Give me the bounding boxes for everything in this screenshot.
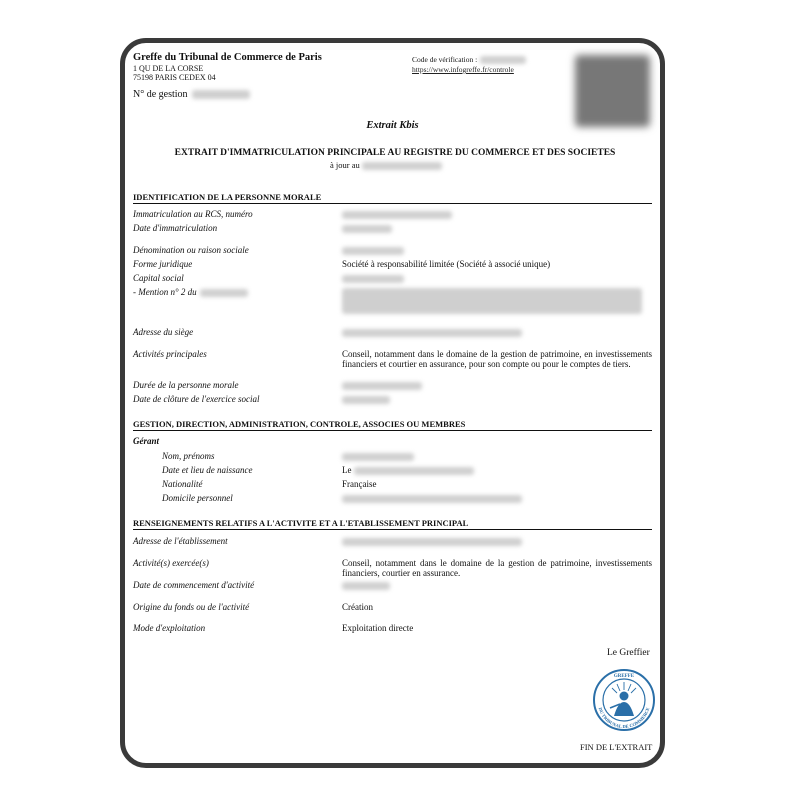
verification-code: Code de vérification : [412, 55, 526, 64]
label-date-lieu-naissance: Date et lieu de naissance [162, 465, 252, 475]
greffier-signature: Le Greffier [607, 648, 650, 658]
redacted-value [342, 275, 404, 283]
section-identification-heading: IDENTIFICATION DE LA PERSONNE MORALE [133, 192, 652, 204]
value-activites-exercees: Conseil, notamment dans le domaine de la… [342, 558, 652, 578]
greffe-address-line2: 75198 PARIS CEDEX 04 [133, 73, 216, 82]
redacted-value [342, 225, 392, 233]
verification-link[interactable]: https://www.infogreffe.fr/controle [412, 65, 514, 74]
value-date-commencement [342, 580, 652, 590]
label-nationalite: Nationalité [162, 479, 203, 489]
value-duree [342, 380, 652, 390]
redacted-value [342, 211, 452, 219]
redacted-value [342, 247, 404, 255]
gestion-number: N° de gestion [133, 89, 250, 100]
value-forme-juridique: Société à responsabilité limitée (Sociét… [342, 259, 652, 269]
redacted-value [342, 582, 390, 590]
redacted-value [342, 329, 522, 337]
label-mode-exploitation: Mode d'exploitation [133, 623, 205, 633]
label-activites-principales: Activités principales [133, 349, 207, 359]
redacted-value [342, 396, 390, 404]
label-domicile: Domicile personnel [162, 493, 233, 503]
label-activites-exercees: Activité(s) exercée(s) [133, 558, 209, 568]
label-date-immatriculation: Date d'immatriculation [133, 223, 217, 233]
svg-text:GREFFE: GREFFE [614, 674, 635, 679]
label-rcs: Immatriculation au RCS, numéro [133, 209, 253, 219]
label-date-commencement: Date de commencement d'activité [133, 580, 254, 590]
label-date-cloture: Date de clôture de l'exercice social [133, 394, 259, 404]
value-capital-social [342, 273, 652, 283]
label-mention: - Mention n° 2 du [133, 287, 248, 297]
redacted-value [354, 467, 474, 475]
section-gestion-heading: GESTION, DIRECTION, ADMINISTRATION, CONT… [133, 419, 652, 431]
value-date-immatriculation [342, 223, 652, 233]
redacted-value [342, 538, 522, 546]
redacted-value [342, 495, 522, 503]
label-capital-social: Capital social [133, 273, 184, 283]
value-activites-principales: Conseil, notamment dans le domaine de la… [342, 349, 652, 369]
value-origine-fonds: Création [342, 602, 652, 612]
label-duree: Durée de la personne morale [133, 380, 238, 390]
value-adresse-etablissement [342, 536, 652, 546]
le-text: Le [342, 465, 352, 475]
redacted-mention-date [200, 289, 248, 297]
value-date-cloture [342, 394, 652, 404]
a-jour-label: à jour au [330, 160, 360, 170]
label-adresse-etablissement: Adresse de l'établissement [133, 536, 228, 546]
qr-code-icon [575, 55, 650, 127]
redacted-value [342, 382, 422, 390]
value-denomination [342, 245, 652, 255]
greffe-seal-icon: GREFFE DU TRIBUNAL DE COMMERCE [590, 668, 658, 732]
value-adresse-siege [342, 327, 652, 337]
redacted-date [362, 162, 442, 170]
value-rcs [342, 209, 652, 219]
value-date-lieu-naissance: Le [342, 465, 652, 475]
extrait-kbis-title: Extrait Kbis [0, 120, 785, 131]
redacted-value [342, 453, 414, 461]
label-forme-juridique: Forme juridique [133, 259, 192, 269]
label-denomination: Dénomination ou raison sociale [133, 245, 249, 255]
main-title: EXTRAIT D'IMMATRICULATION PRINCIPALE AU … [130, 148, 660, 158]
value-mode-exploitation: Exploitation directe [342, 623, 652, 633]
greffe-name: Greffe du Tribunal de Commerce de Paris [133, 52, 322, 63]
date-a-jour: à jour au [330, 160, 442, 170]
fin-extrait: FIN DE L'EXTRAIT [580, 742, 652, 752]
section-activite-heading: RENSEIGNEMENTS RELATIFS A L'ACTIVITE ET … [133, 518, 652, 530]
label-nom-prenoms: Nom, prénoms [162, 451, 215, 461]
value-nom-prenoms [342, 451, 652, 461]
value-domicile [342, 493, 652, 503]
label-adresse-siege: Adresse du siège [133, 327, 193, 337]
value-nationalite: Française [342, 479, 652, 489]
redacted-verification-code [480, 56, 526, 64]
verification-label: Code de vérification : [412, 55, 477, 64]
redacted-mention-text [342, 288, 642, 314]
gestion-label: N° de gestion [133, 89, 188, 100]
redacted-gestion-number [192, 90, 250, 99]
greffe-address-line1: 1 QU DE LA CORSE [133, 64, 203, 73]
value-mention [342, 288, 652, 314]
mention-text: - Mention n° 2 du [133, 287, 197, 297]
gerant-subheading: Gérant [133, 436, 159, 446]
label-origine-fonds: Origine du fonds ou de l'activité [133, 602, 249, 612]
